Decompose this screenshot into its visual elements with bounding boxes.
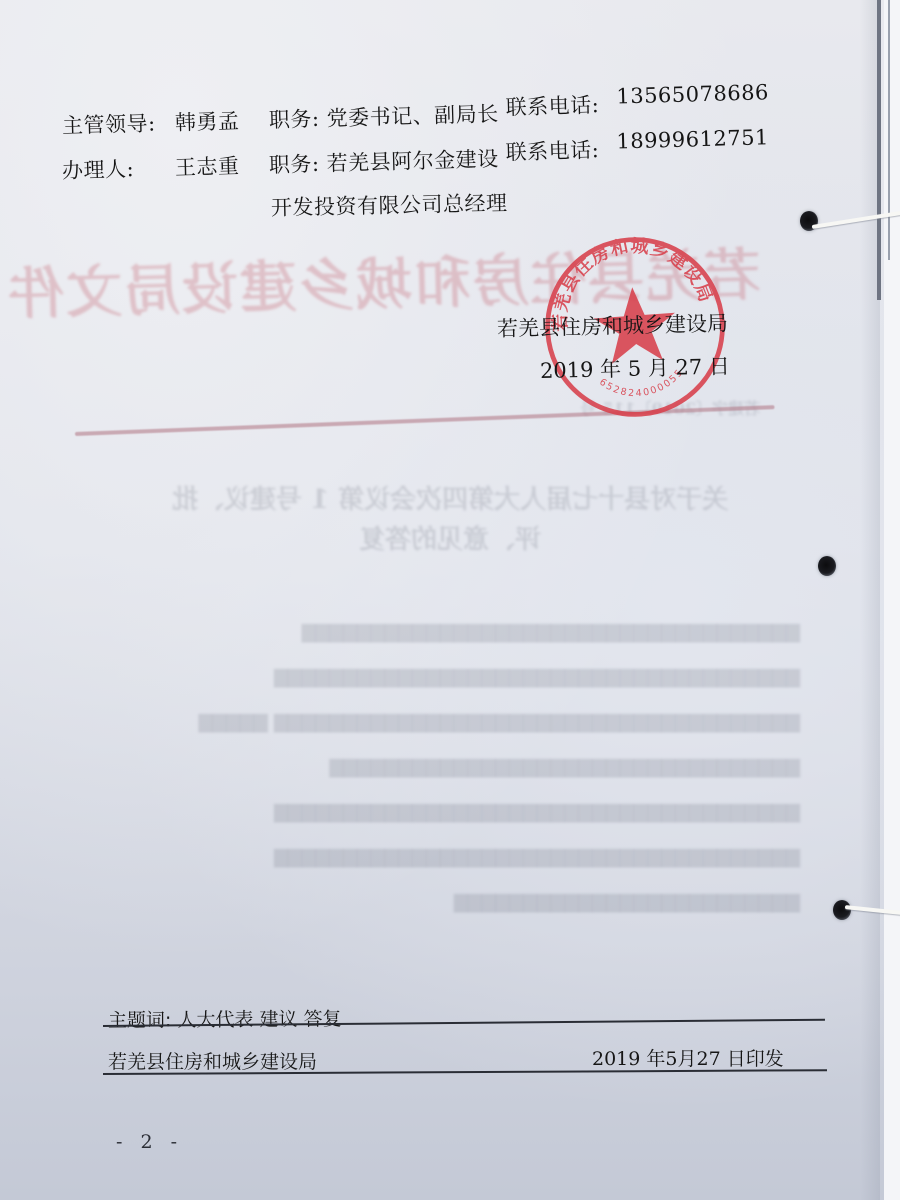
supervisor-position: 职务: 党委书记、副局长 [269, 98, 500, 134]
issuing-organization: 若羌县住房和城乡建设局 [108, 1047, 317, 1074]
handler-position-continued: 开发投资有限公司总经理 [271, 187, 508, 222]
handler-phone-label: 联系电话: [505, 134, 599, 167]
supervisor-phone-label: 联系电话: [505, 89, 599, 122]
signing-organization: 若羌县住房和城乡建设局 [497, 307, 729, 343]
signing-date: 2019 年 5 月 27 日 [540, 350, 731, 385]
page-edge-thin [888, 0, 890, 260]
page-edge [877, 0, 881, 300]
subject-keywords: 主题词: 人大代表 建议 答复 [108, 1004, 342, 1033]
bleed-through-body: ▇▇▇▇▇▇▇▇▇▇▇▇▇▇▇▇▇▇▇▇▇▇▇▇▇▇▇▇▇▇▇▇▇▇▇▇ ▇▇▇… [80, 610, 800, 925]
handler-position: 职务: 若羌县阿尔金建设 [269, 143, 500, 179]
bleed-through-title: 关于对县十七届人大第四次会议第 1 号建议、批评、意见的答复 [170, 480, 730, 560]
binding-hole [818, 556, 836, 576]
supervisor-label: 主管领导: [62, 107, 156, 140]
handler-label: 办理人: [62, 153, 135, 185]
keywords-value: 人大代表 建议 答复 [177, 1008, 341, 1031]
supervisor-phone: 13565078686 [616, 80, 769, 108]
document-photo: 若羌县住房和城乡建设局文件 若建字〔2019〕115 号 关于对县十七届人大第四… [0, 0, 900, 1200]
contact-row-supervisor: 主管领导: 韩勇孟 职务: 党委书记、副局长 联系电话: 13565078686 [62, 107, 156, 140]
handler-name: 王志重 [175, 150, 240, 182]
supervisor-name: 韩勇孟 [175, 105, 240, 137]
underlying-page-edge [884, 0, 900, 1200]
binding-hole [833, 900, 851, 920]
issued-date: 2019 年5月27 日印发 [592, 1044, 784, 1071]
keywords-label: 主题词: [108, 1009, 172, 1031]
handler-phone: 18999612751 [616, 125, 769, 153]
page-number: - 2 - [116, 1131, 183, 1153]
contact-row-handler: 办理人: 王志重 职务: 若羌县阿尔金建设 联系电话: 18999612751 [62, 153, 135, 185]
